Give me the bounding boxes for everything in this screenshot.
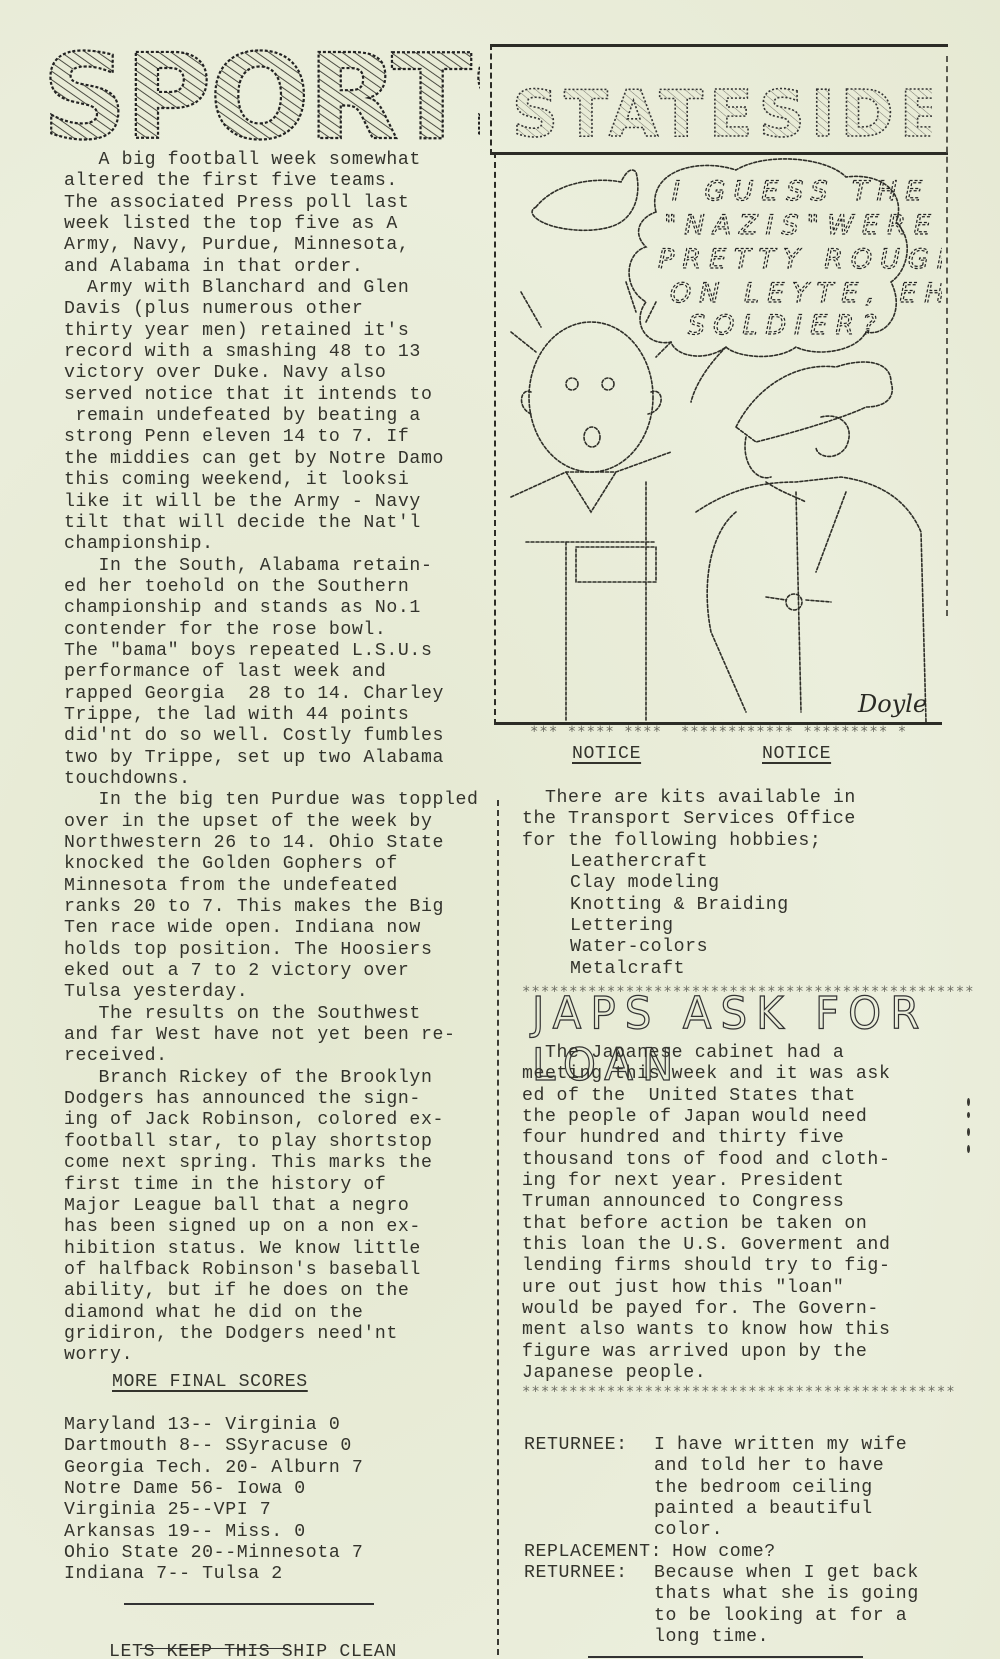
sailor-cap [532,170,638,230]
artist-signature: Doyle [857,690,927,718]
paper-mark [967,1128,970,1136]
joke-text: How come? [672,1542,776,1563]
slogan-underline [140,1648,288,1649]
speech-line: "NAZIS"WERE [664,210,939,241]
hobby-item: Water-colors [570,937,789,958]
paper-mark [967,1112,970,1118]
scores-heading: MORE FINAL SCORES [112,1372,504,1393]
sports-paragraph: Army with Blanchard and Glen Davis (plus… [64,278,504,555]
joke-text: Because when I get back thats what she i… [654,1563,919,1648]
speech-line: SOLDIER? [688,310,884,341]
svg-text:SPORTS: SPORTS [42,38,480,150]
japs-article-body: The Japanese cabinet had a meeting this … [522,1043,890,1385]
score-row: Arkansas 19-- Miss. 0 [64,1522,504,1543]
sailor-head [529,322,653,472]
score-row: Dartmouth 8-- SSyracuse 0 [64,1436,504,1457]
hobby-item: Metalcraft [570,959,789,980]
score-row: Ohio State 20--Minnesota 7 [64,1543,504,1564]
paper-mark [967,1145,970,1153]
sports-paragraph: Branch Rickey of the Brooklyn Dodgers ha… [64,1068,504,1367]
hobby-item: Clay modeling [570,873,789,894]
cartoon-panel: I GUESS THE "NAZIS"WERE PRETTY ROUGH ON … [494,152,942,725]
score-row: Virginia 25--VPI 7 [64,1500,504,1521]
sports-paragraph: The results on the Southwest and far Wes… [64,1004,504,1068]
joke-speaker: RETURNEE: [524,1435,654,1542]
star-divider: ****************************************… [522,1384,956,1400]
divider-rule [588,1656,863,1658]
footer-slogan-text: LETS KEEP THIS SHIP CLEAN [109,1642,397,1659]
cartoon-drawing: I GUESS THE "NAZIS"WERE PRETTY ROUGH ON … [496,152,942,722]
soldier-cap [736,362,892,442]
paper-mark [967,1098,970,1106]
joke-text: I have written my wife and told her to h… [654,1435,907,1542]
notice-intro: There are kits available in the Transpor… [522,788,856,852]
sports-paragraph: A big football week somewhat altered the… [64,150,504,278]
sports-column: A big football week somewhat altered the… [64,150,504,1586]
column-divider [497,800,499,1655]
score-row: Maryland 13-- Virginia 0 [64,1415,504,1436]
joke-speaker: RETURNEE: [524,1563,654,1648]
joke-line: REPLACEMENT: How come? [524,1542,919,1563]
sports-paragraph: In the big ten Purdue was toppled over i… [64,790,504,1003]
joke-dialogue: RETURNEE: I have written my wife and tol… [524,1435,919,1648]
stateside-title: STATESIDE. [512,78,932,148]
joke-line: RETURNEE: I have written my wife and tol… [524,1435,919,1542]
notice-heading-right: NOTICE [762,744,831,765]
hobby-item: Lettering [570,916,789,937]
speech-line: ON LEYTE, EH [670,278,942,309]
hobby-list: Leathercraft Clay modeling Knotting & Br… [570,852,789,980]
hobby-item: Knotting & Braiding [570,895,789,916]
footer-slogan: LETS KEEP THIS SHIP CLEAN [86,1621,397,1659]
score-row: Indiana 7-- Tulsa 2 [64,1564,504,1585]
svg-text:STATESIDE.: STATESIDE. [512,78,932,148]
speech-line: I GUESS THE [672,176,930,207]
scores-list: Maryland 13-- Virginia 0 Dartmouth 8-- S… [64,1415,504,1586]
hobby-item: Leathercraft [570,852,789,873]
sports-title: SPORTS [40,38,480,150]
speech-line: PRETTY ROUGH [658,244,942,275]
score-row: Notre Dame 56- Iowa 0 [64,1479,504,1500]
joke-speaker: REPLACEMENT: [524,1542,662,1563]
divider-rule [124,1603,374,1605]
score-row: Georgia Tech. 20- Alburn 7 [64,1458,504,1479]
joke-line: RETURNEE: Because when I get back thats … [524,1563,919,1648]
notice-heading-left: NOTICE [572,744,641,765]
star-divider: *** ***** **** ************ ********* * [530,724,907,740]
sports-paragraph: In the South, Alabama retain- ed her toe… [64,556,504,791]
masthead-edge-rule [946,56,948,616]
